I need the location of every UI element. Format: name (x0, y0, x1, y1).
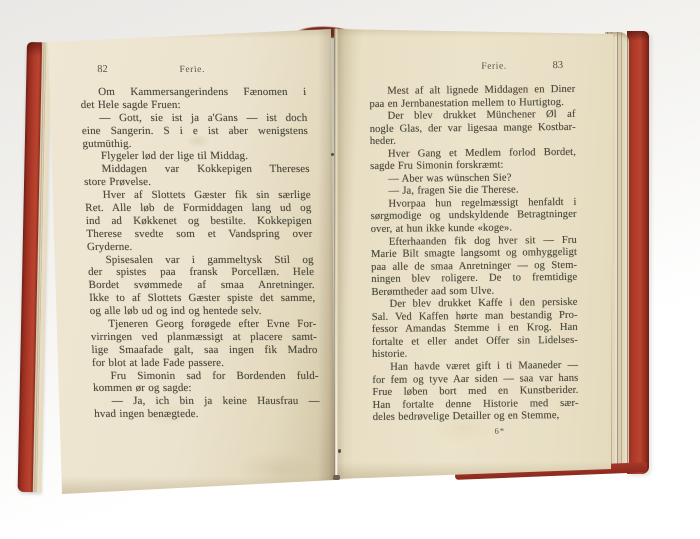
text-line: Fru Simonin sad for Bordenden fuld- (92, 370, 319, 383)
left-page-header: 82 Ferie. (79, 64, 306, 78)
right-page-text: Ferie. 83 Mest af alt lignede Middagen e… (369, 60, 579, 437)
text-line: Hver Gang et Medlem forlod Bordet, (370, 147, 576, 162)
text-line: Om Kammersangerindens Fænomen i (80, 86, 307, 99)
page-number-right: 83 (552, 60, 563, 71)
text-line: der spistes paa fransk Porcellæn. Hele (88, 266, 315, 279)
text-line: Ret. Alle løb de Formiddagen lang ud og (85, 202, 312, 215)
text-line: og alle løb ud og ind og hentede selv. (90, 305, 317, 318)
binding-stitch-dot (338, 449, 341, 453)
text-line: for blot at lade Fade passere. (92, 357, 319, 370)
text-line: Tjeneren Georg forøgede efter Evne For- (90, 318, 317, 331)
text-line: eine Sangerin. S i e ist aber wenigstens (82, 125, 309, 138)
text-line: Gryderne. (87, 241, 314, 254)
running-header-right: Ferie. (481, 62, 507, 72)
text-line: Therese svedte som et Vandspring over (86, 228, 313, 241)
right-page-header: Ferie. 83 (369, 60, 575, 76)
text-line: Bordet svømmede af smaa Anretninger. (88, 279, 315, 292)
signature-mark: 6* (397, 424, 603, 436)
text-line: — Ja, ich bin ja keine Hausfrau — (93, 395, 320, 408)
running-header-left: Ferie. (179, 65, 205, 75)
text-line: store Prøvelse. (84, 176, 311, 189)
right-page-lines: Mest af alt lignede Middagen en Dinerpaa… (369, 84, 579, 425)
text-line: sørgmodige og undskyldende Betragtninger (371, 209, 577, 224)
left-page-lines: Om Kammersangerindens Fænomen idet Hele … (80, 86, 321, 421)
text-line: virringen ved planmæssigt at placere sam… (91, 331, 318, 344)
binding-thread (333, 475, 340, 480)
text-line: Hver af Slottets Gæster fik sin særlige (84, 189, 311, 202)
page-number-left: 82 (97, 64, 108, 75)
left-page-text: 82 Ferie. Om Kammersangerindens Fænomen … (79, 64, 321, 421)
book-cover-left (18, 42, 51, 492)
text-line: — Gott, sie ist ja a'Gans — ist doch (81, 112, 308, 125)
text-line: deles bedrøvelige Detailler og en Stemme… (373, 410, 579, 425)
text-line: Spisesalen var i gammeltysk Stil og (87, 254, 314, 267)
text-line: Ikke to af Slottets Gæster spiste det sa… (89, 292, 316, 305)
text-line: det Hele sagde Fruen: (81, 99, 308, 112)
text-line: lige Smaafade galt, saa ingen fik Madro (91, 344, 318, 357)
text-line: gutmüthig. (82, 138, 309, 151)
text-line: ningen blev roligere. De to fremtidige (371, 272, 577, 287)
text-line: hvad ingen benægtede. (94, 408, 321, 421)
photo-scene: 82 Ferie. Om Kammersangerindens Fænomen … (0, 0, 700, 539)
binding-stitch-dot (331, 153, 334, 156)
book-cover-right (627, 31, 649, 474)
text-line: Flygeler lød der lige til Middag. (83, 150, 310, 163)
text-line: kommen ør og sagde: (93, 382, 320, 395)
text-line: ind ad Køkkenet og bestilte. Kokkepigen (86, 215, 313, 228)
text-line: nogle Glas, der var ligesaa mange Kostba… (370, 121, 576, 136)
text-line: Middagen var Kokkepigen Thereses (83, 163, 310, 176)
